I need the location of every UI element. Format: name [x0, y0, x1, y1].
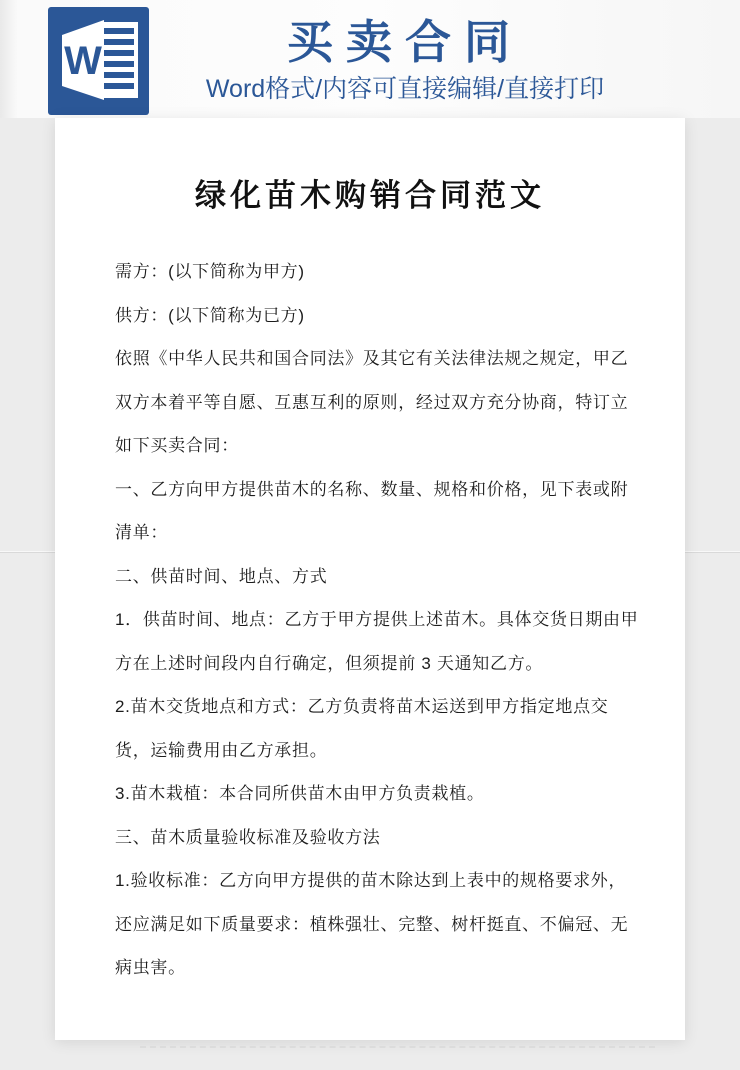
template-preview: W 买卖合同 Word格式/内容可直接编辑/直接打印 绿化苗木购销合同范文 需方…: [0, 0, 740, 1070]
svg-text:W: W: [64, 39, 102, 83]
document-line: 双方本着平等自愿、互惠互利的原则，经过双方充分协商，特订立: [115, 381, 645, 425]
document-line: 三、苗木质量验收标准及验收方法: [115, 816, 645, 860]
document-line: 供方：(以下简称为已方): [115, 294, 645, 338]
document-body: 需方：(以下简称为甲方)供方：(以下简称为已方)依照《中华人民共和国合同法》及其…: [55, 250, 685, 990]
header-banner: W 买卖合同 Word格式/内容可直接编辑/直接打印: [0, 0, 740, 118]
document-line: 货，运输费用由乙方承担。: [115, 729, 645, 773]
document-line: 还应满足如下质量要求：植株强壮、完整、树杆挺直、不偏冠、无: [115, 903, 645, 947]
document-line: 3.苗木栽植：本合同所供苗木由甲方负责栽植。: [115, 772, 645, 816]
banner-subtitle: Word格式/内容可直接编辑/直接打印: [150, 74, 660, 104]
document-line: 方在上述时间段内自行确定，但须提前 3 天通知乙方。: [115, 642, 645, 686]
banner-text-block: 买卖合同 Word格式/内容可直接编辑/直接打印: [150, 0, 660, 118]
document-line: 1．供苗时间、地点：乙方于甲方提供上述苗木。具体交货日期由甲: [115, 598, 645, 642]
banner-title: 买卖合同: [150, 14, 660, 70]
document-line: 二、供苗时间、地点、方式: [115, 555, 645, 599]
document-line: 一、乙方向甲方提供苗木的名称、数量、规格和价格，见下表或附: [115, 468, 645, 512]
word-logo-icon: W: [48, 7, 149, 115]
document-line: 如下买卖合同：: [115, 424, 645, 468]
document-line: 清单：: [115, 511, 645, 555]
document-page: 绿化苗木购销合同范文 需方：(以下简称为甲方)供方：(以下简称为已方)依照《中华…: [55, 118, 685, 1040]
document-title: 绿化苗木购销合同范文: [55, 176, 685, 216]
faint-watermark-line: [140, 1046, 655, 1048]
document-line: 需方：(以下简称为甲方): [115, 250, 645, 294]
document-line: 1.验收标准：乙方向甲方提供的苗木除达到上表中的规格要求外，: [115, 859, 645, 903]
document-line: 依照《中华人民共和国合同法》及其它有关法律法规之规定，甲乙: [115, 337, 645, 381]
document-line: 病虫害。: [115, 946, 645, 990]
document-line: 2.苗木交货地点和方式：乙方负责将苗木运送到甲方指定地点交: [115, 685, 645, 729]
